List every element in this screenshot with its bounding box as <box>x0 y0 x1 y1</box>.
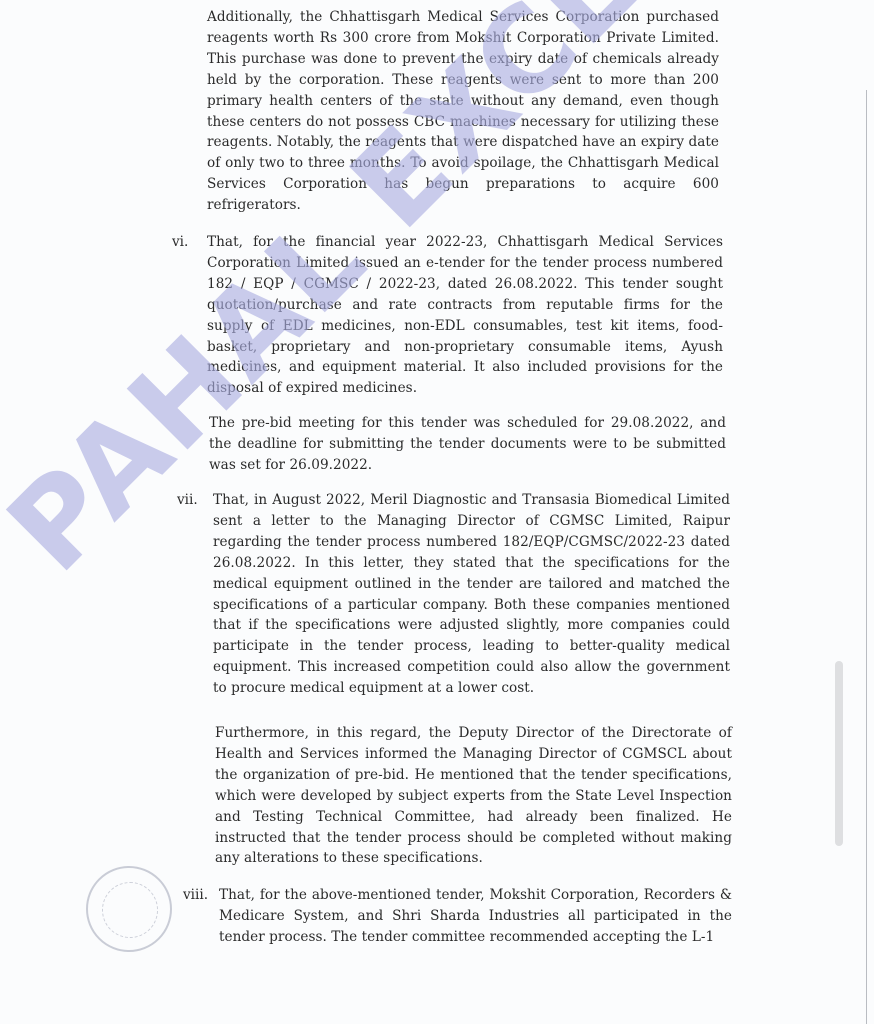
paragraph-viii-participants: That, for the above-mentioned tender, Mo… <box>219 885 732 948</box>
seal-emblem-icon <box>102 882 158 938</box>
paragraph-vi-prebid: The pre-bid meeting for this tender was … <box>209 413 726 476</box>
official-stamp-seal <box>86 866 172 952</box>
page-edge-divider <box>866 90 867 1024</box>
document-page: Additionally, the Chhattisgarh Medical S… <box>0 0 874 1024</box>
paragraph-number-vii: vii. <box>177 490 198 511</box>
paragraph-vii-letter: That, in August 2022, Meril Diagnostic a… <box>213 490 730 699</box>
paragraph-number-vi: vi. <box>172 232 188 253</box>
paragraph-number-viii: viii. <box>183 885 208 906</box>
vertical-scrollbar[interactable] <box>835 661 843 846</box>
paragraph-vii-deputy-director: Furthermore, in this regard, the Deputy … <box>215 723 732 869</box>
paragraph-vi-etender: That, for the financial year 2022-23, Ch… <box>207 232 723 399</box>
paragraph-reagents-purchase: Additionally, the Chhattisgarh Medical S… <box>207 7 719 216</box>
